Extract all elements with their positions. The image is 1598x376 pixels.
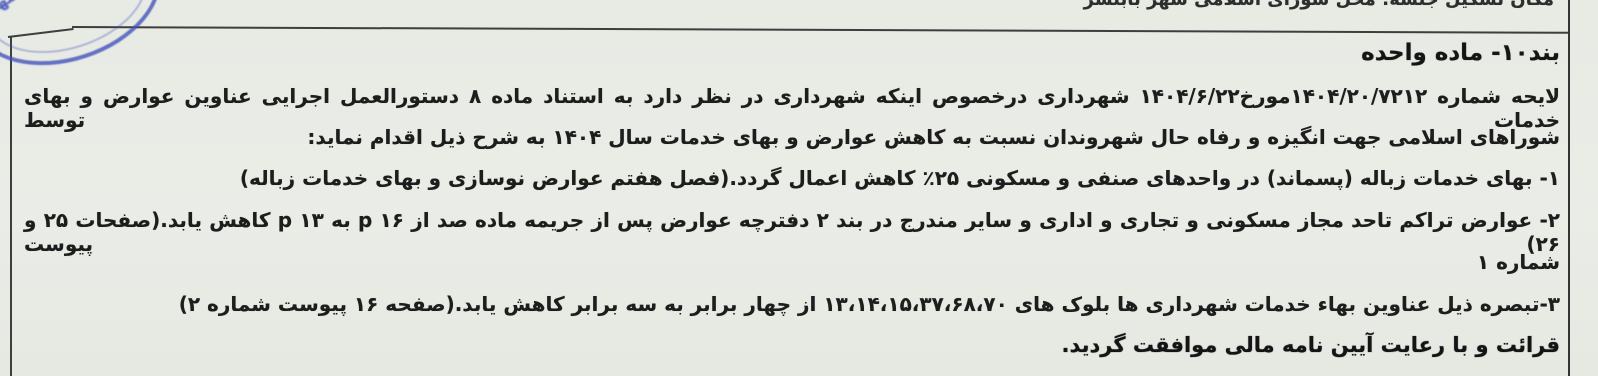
body-line-4: ۲- عوارض تراکم تاحد مجاز مسکونی و تجاری … [24,208,1560,256]
meeting-location-text: مکان تشکیل جلسه: محل شورای اسلامی شهر با… [1084,0,1554,10]
section-title: بند۱۰- ماده واحده [24,40,1560,66]
closing-statement: قرائت و با رعایت آیین نامه مالی موافقت گ… [24,333,1560,357]
body-line-6: ۳-تبصره ذیل عناوین بهاء خدمات شهرداری ها… [24,292,1560,316]
stamp-script-text: اسلامی شهر [0,0,80,18]
body-line-3: ۱- بهای خدمات زباله (پسماند) در واحدهای … [24,166,1560,190]
body-line-5: شماره ۱ [24,250,1560,274]
table-border-right [1568,0,1570,376]
header-row-divider [72,26,1570,34]
table-border-left [10,36,12,376]
body-line-2: شوراهای اسلامی جهت انگیزه و رفاه حال شهر… [24,125,1560,149]
scanned-document-page: مکان تشکیل جلسه: محل شورای اسلامی شهر با… [0,0,1598,376]
